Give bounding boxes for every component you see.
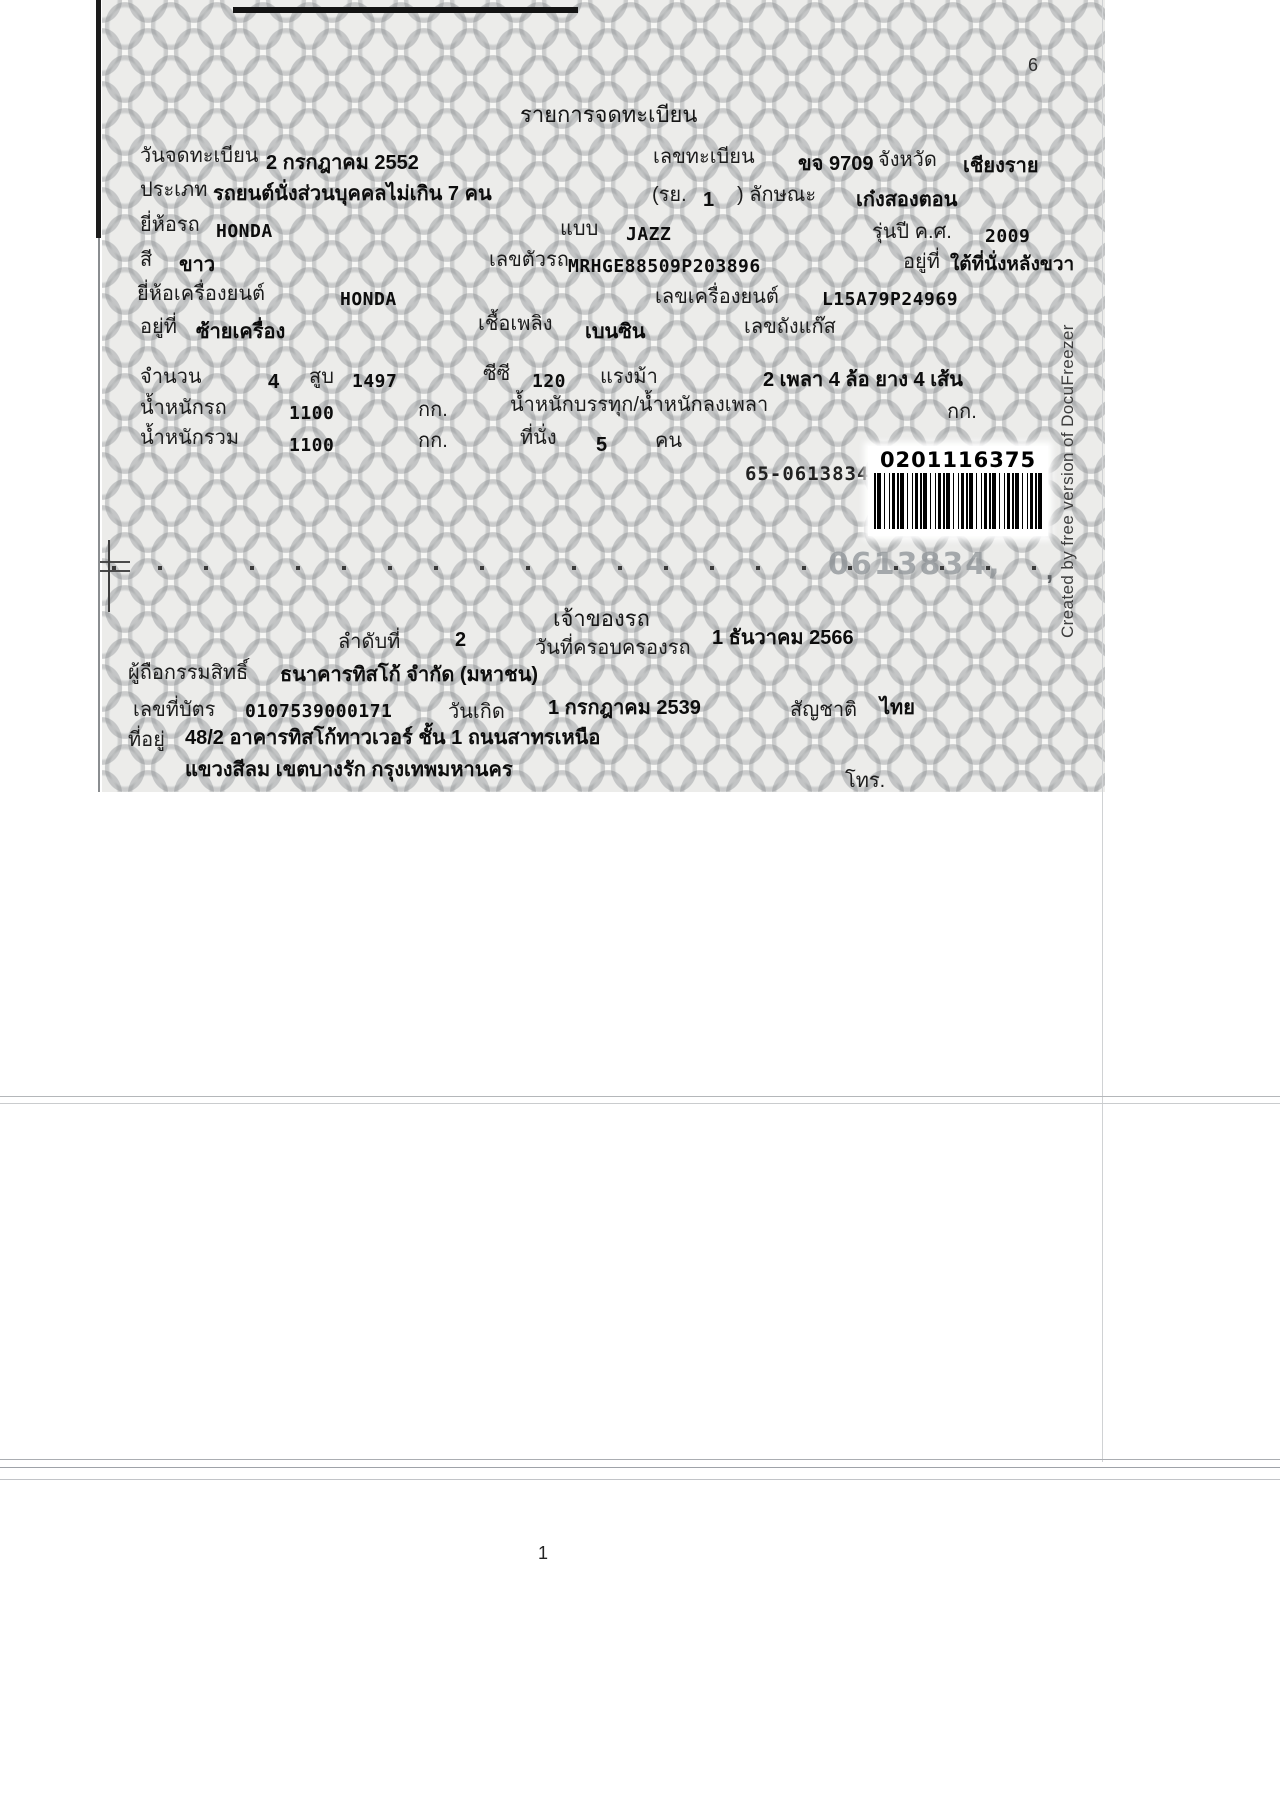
province-value: เชียงราย	[963, 155, 1039, 178]
separator-line	[0, 1459, 1280, 1460]
brand-label: ยี่ห้อรถ	[140, 214, 200, 237]
vin-location-value: ใต้ที่นั่งหลังขวา	[950, 254, 1074, 276]
birth-date-label: วันเกิด	[448, 701, 505, 724]
document-title: รายการจดทะเบียน	[520, 102, 697, 127]
fuel-label: เชื้อเพลิง	[478, 313, 552, 336]
characteristic-label: ) ลักษณะ	[737, 184, 816, 207]
model-value: JAZZ	[626, 225, 671, 246]
engine-location-label: อยู่ที่	[140, 316, 177, 339]
phone-label: โทร.	[845, 770, 885, 793]
seat-unit: คน	[655, 430, 682, 453]
possession-date-label: วันที่ครอบครองรถ	[535, 637, 691, 660]
kg-unit-3: กก.	[418, 430, 448, 453]
page-edge-line	[1102, 0, 1103, 1462]
kg-unit-2: กก.	[947, 401, 977, 424]
holder-label: ผู้ถือกรรมสิทธิ์	[128, 662, 248, 685]
vin-label: เลขตัวรถ	[489, 249, 569, 272]
engine-brand-label: ยี่ห้อเครื่องยนต์	[137, 283, 265, 306]
holder-value: ธนาคารทิสโก้ จำกัด (มหาชน)	[280, 664, 538, 687]
perforation-mark	[100, 570, 130, 572]
axles-wheels-tyres: 2 เพลา 4 ล้อ ยาง 4 เส้น	[763, 369, 963, 392]
kg-unit: กก.	[418, 399, 448, 422]
cylinders-unit: สูบ	[309, 366, 334, 389]
birth-date-value: 1 กรกฎาคม 2539	[548, 697, 701, 720]
reg-date-label: วันจดทะเบียน	[140, 145, 258, 168]
color-value: ขาว	[179, 254, 215, 277]
seats-value: 5	[596, 434, 607, 457]
vin-value: MRHGE88509P203896	[568, 257, 761, 278]
body-style-value: เก๋งสองตอน	[856, 189, 957, 212]
year-label: รุ่นปี ค.ศ.	[872, 221, 952, 244]
type-label: ประเภท	[140, 179, 207, 202]
horsepower-unit: แรงม้า	[600, 366, 658, 389]
color-label: สี	[140, 249, 152, 272]
horsepower-value: 120	[532, 372, 566, 393]
displacement-unit: ซีซี	[483, 363, 510, 386]
card-no-label: เลขที่บัตร	[133, 699, 215, 722]
reg-date-value: 2 กรกฎาคม 2552	[266, 152, 419, 175]
plate-value: ขจ 9709	[798, 153, 873, 176]
perforation-mark	[100, 561, 130, 563]
nationality-value: ไทย	[880, 697, 915, 720]
seat-label: ที่นั่ง	[520, 427, 557, 450]
plate-label: เลขทะเบียน	[653, 146, 755, 169]
sheet-number: 6	[1028, 55, 1038, 76]
perforation-mark	[108, 540, 110, 612]
engine-brand-value: HONDA	[340, 290, 397, 311]
address-label: ที่อยู่	[128, 729, 165, 752]
nationality-label: สัญชาติ	[790, 699, 857, 722]
cylinders-label: จำนวน	[140, 366, 202, 389]
model-label: แบบ	[560, 218, 598, 241]
sequence-label: ลำดับที่	[338, 631, 400, 654]
engine-no-label: เลขเครื่องยนต์	[655, 286, 779, 309]
type-code-open: (รย.	[652, 184, 687, 207]
curb-weight-value: 1100	[289, 404, 334, 425]
separator-line	[0, 1479, 1280, 1480]
engine-no-value: L15A79P24969	[822, 290, 958, 311]
stub-comma: ,	[1046, 556, 1053, 586]
year-value: 2009	[985, 227, 1030, 248]
vin-location-label: อยู่ที่	[903, 251, 940, 274]
brand-value: HONDA	[216, 222, 273, 243]
ref-number: 65-0613834	[745, 464, 869, 486]
address-line1: 48/2 อาคารทิสโก้ทาวเวอร์ ชั้น 1 ถนนสาทรเ…	[185, 727, 600, 750]
gas-tank-label: เลขถังแก๊ส	[744, 316, 836, 339]
scan-edge-artifact	[96, 0, 101, 238]
scan-edge-artifact	[98, 238, 100, 792]
cylinders-value: 4	[268, 371, 279, 394]
fuel-value: เบนซิน	[585, 321, 645, 344]
scan-edge-artifact	[233, 7, 578, 13]
engine-location-value: ซ้ายเครื่อง	[196, 321, 285, 344]
page-number: 1	[538, 1543, 548, 1564]
owner-section-title: เจ้าของรถ	[553, 606, 650, 631]
barcode-block: 0201116375	[868, 446, 1048, 536]
barcode-number: 0201116375	[868, 448, 1048, 472]
docufreezer-watermark: Created by free version of DocuFreezer	[1058, 228, 1084, 638]
gross-weight-label: น้ำหนักรวม	[140, 427, 239, 450]
gross-weight-value: 1100	[289, 436, 334, 457]
province-label: จังหวัด	[878, 149, 937, 172]
sequence-value: 2	[455, 629, 466, 652]
separator-line	[0, 1103, 1280, 1104]
type-code-value: 1	[703, 189, 714, 212]
possession-date-value: 1 ธันวาคม 2566	[712, 627, 854, 650]
displacement-value: 1497	[352, 372, 397, 393]
perforation-line	[112, 566, 1057, 570]
load-weight-label: น้ำหนักบรรทุก/น้ำหนักลงเพลา	[510, 394, 768, 417]
curb-weight-label: น้ำหนักรถ	[140, 397, 227, 420]
separator-line	[0, 1467, 1280, 1468]
card-no-value: 0107539000171	[245, 702, 392, 723]
separator-line	[0, 1096, 1280, 1097]
address-line2: แขวงสีลม เขตบางรัก กรุงเทพมหานคร	[185, 759, 513, 782]
barcode-icon	[874, 473, 1042, 529]
type-value: รถยนต์นั่งส่วนบุคคลไม่เกิน 7 คน	[213, 183, 492, 206]
